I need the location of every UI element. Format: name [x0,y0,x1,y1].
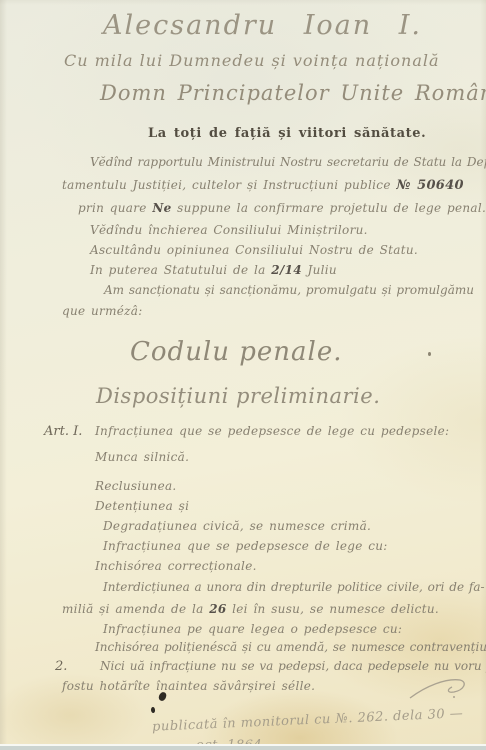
doc-salutation: La toți de fațiă și viitori sănătate. [148,127,426,140]
article-1-line-9: miliă și amenda de la 26 lei în susu, se… [62,603,439,615]
fine-amount: 26 [209,602,226,616]
preamble-line-3c: suppune la confirmare projetulu de lege … [172,201,486,215]
code-heading: Codulu penale. [130,339,343,365]
ink-blot-large [158,691,167,702]
article-1-line-4: Detențiunea și [95,500,189,512]
paper-vignette [0,0,486,750]
article-1-line-11: Inchisórea polițienéscă și cu amendă, se… [95,641,486,653]
scan-bottom-edge [0,744,486,750]
article-1-label: Art. I. [44,425,82,438]
preamble-line-6a: In puterea Statutului de la [90,263,271,277]
article-2-label: 2. [55,660,67,673]
article-1-line-1: Infracțiunea que se pedepsesce de lege c… [95,425,449,437]
statute-date: 2/14 [271,263,302,277]
preamble-line-3a: prin quare [78,201,152,215]
preamble-line-3: prin quare Ne suppune la confirmare proj… [78,202,486,214]
preamble-line-2-text: tamentulu Justiției, cultelor și Instruc… [62,178,396,192]
ink-blot-small [151,707,156,714]
preamble-line-8: que urmézâ: [62,305,143,317]
article-1-line-9c: lei în susu, se numesce delictu. [227,602,439,616]
preamble-line-6c: Juliu [302,263,337,277]
preamble-line-1: Vĕdînd rapportulu Ministrului Nostru sec… [90,156,486,168]
manuscript-page: Alecsandru Ioan I. Cu mila lui Dumnedeu … [0,0,486,750]
preamble-line-5: Ascultându opiniunea Consiliului Nostru … [90,244,418,256]
preamble-line-7: Am sancționatu și sancționămu, promulgat… [104,284,474,296]
preamble-ne-emphasis: Ne [152,201,171,215]
doc-title: Alecsandru Ioan I. [103,12,422,39]
article-1-line-5: Degradațiunea civică, se numesce crimă. [103,520,371,532]
preamble-line-6: In puterea Statutului de la 2/14 Juliu [90,264,337,276]
preamble-line-2: tamentulu Justiției, cultelor și Instruc… [62,179,464,192]
article-2-line-1: Nici uă infracțiune nu se va pedepsi, da… [100,660,486,672]
code-subheading: Disposițiuni preliminarie. [96,386,380,407]
article-1-line-7: Inchisórea correcționale. [95,560,257,572]
article-1-line-8: Interdicțiunea a unora din drepturile po… [103,581,485,593]
article-1-line-9a: miliă și amenda de la [62,602,209,616]
article-1-line-2: Munca silnică. [95,451,189,463]
footnote-line-1: publicată în monitorul cu №. 262. dela 3… [152,707,464,734]
pencil-squiggle [408,676,472,706]
dust-speck [428,352,431,356]
article-2-line-2: fostu hotărîte înaintea săvârșirei sélle… [62,680,315,692]
article-1-line-3: Reclusiunea. [95,480,177,492]
article-1-line-6: Infracțiunea que se pedepsesce de lege c… [103,540,388,552]
document-number: № 50640 [396,178,463,193]
article-1-line-10: Infracțiunea pe quare legea o pedepsesce… [103,623,402,635]
doc-motto: Cu mila lui Dumnedeu și voința națională [64,53,440,69]
preamble-line-4: Vĕdîndu închierea Consiliului Miniștrilo… [90,224,368,236]
doc-style-line: Domn Principatelor Unite Române [100,83,486,104]
